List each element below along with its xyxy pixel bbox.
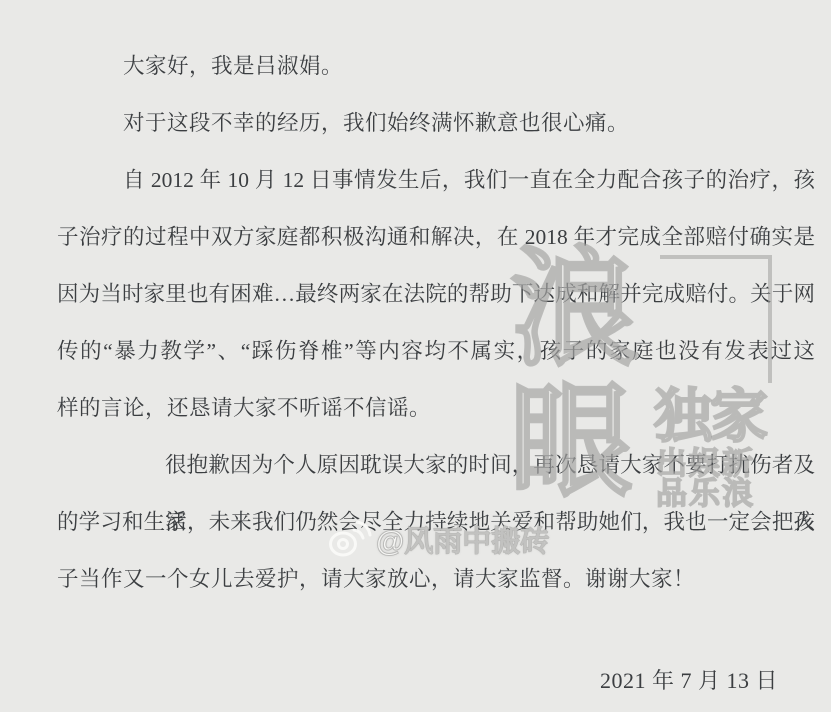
letter-line-1: 大家好，我是吕淑娟。	[57, 38, 815, 95]
letter-line-7: 样的言论，还恳请大家不听谣不信谣。	[57, 380, 815, 437]
letter-line-9: 的学习和生活，未来我们仍然会尽全力持续地关爱和帮助她们，我也一定会把孩	[57, 494, 815, 551]
letter-line-8: 很抱歉因为个人原因耽误大家的时间，再次恳请大家不要打扰伤者及家人	[57, 437, 815, 494]
letter-body: 大家好，我是吕淑娟。对于这段不幸的经历，我们始终满怀歉意也很心痛。自 2012 …	[57, 38, 815, 608]
letter-line-5: 因为当时家里也有困难…最终两家在法院的帮助下达成和解并完成赔付。关于网	[57, 266, 815, 323]
letter-line-6: 传的“暴力教学”、“踩伤脊椎”等内容均不属实，孩子的家庭也没有发表过这	[57, 323, 815, 380]
statement-page: 大家好，我是吕淑娟。对于这段不幸的经历，我们始终满怀歉意也很心痛。自 2012 …	[0, 0, 831, 712]
letter-date: 2021 年 7 月 13 日	[600, 668, 815, 694]
letter-line-4: 子治疗的过程中双方家庭都积极沟通和解决，在 2018 年才完成全部赔付确实是	[57, 209, 815, 266]
letter-line-2: 对于这段不幸的经历，我们始终满怀歉意也很心痛。	[57, 95, 815, 152]
letter-line-10: 子当作又一个女儿去爱护，请大家放心，请大家监督。谢谢大家！	[57, 551, 815, 608]
letter-line-3: 自 2012 年 10 月 12 日事情发生后，我们一直在全力配合孩子的治疗，孩	[57, 152, 815, 209]
